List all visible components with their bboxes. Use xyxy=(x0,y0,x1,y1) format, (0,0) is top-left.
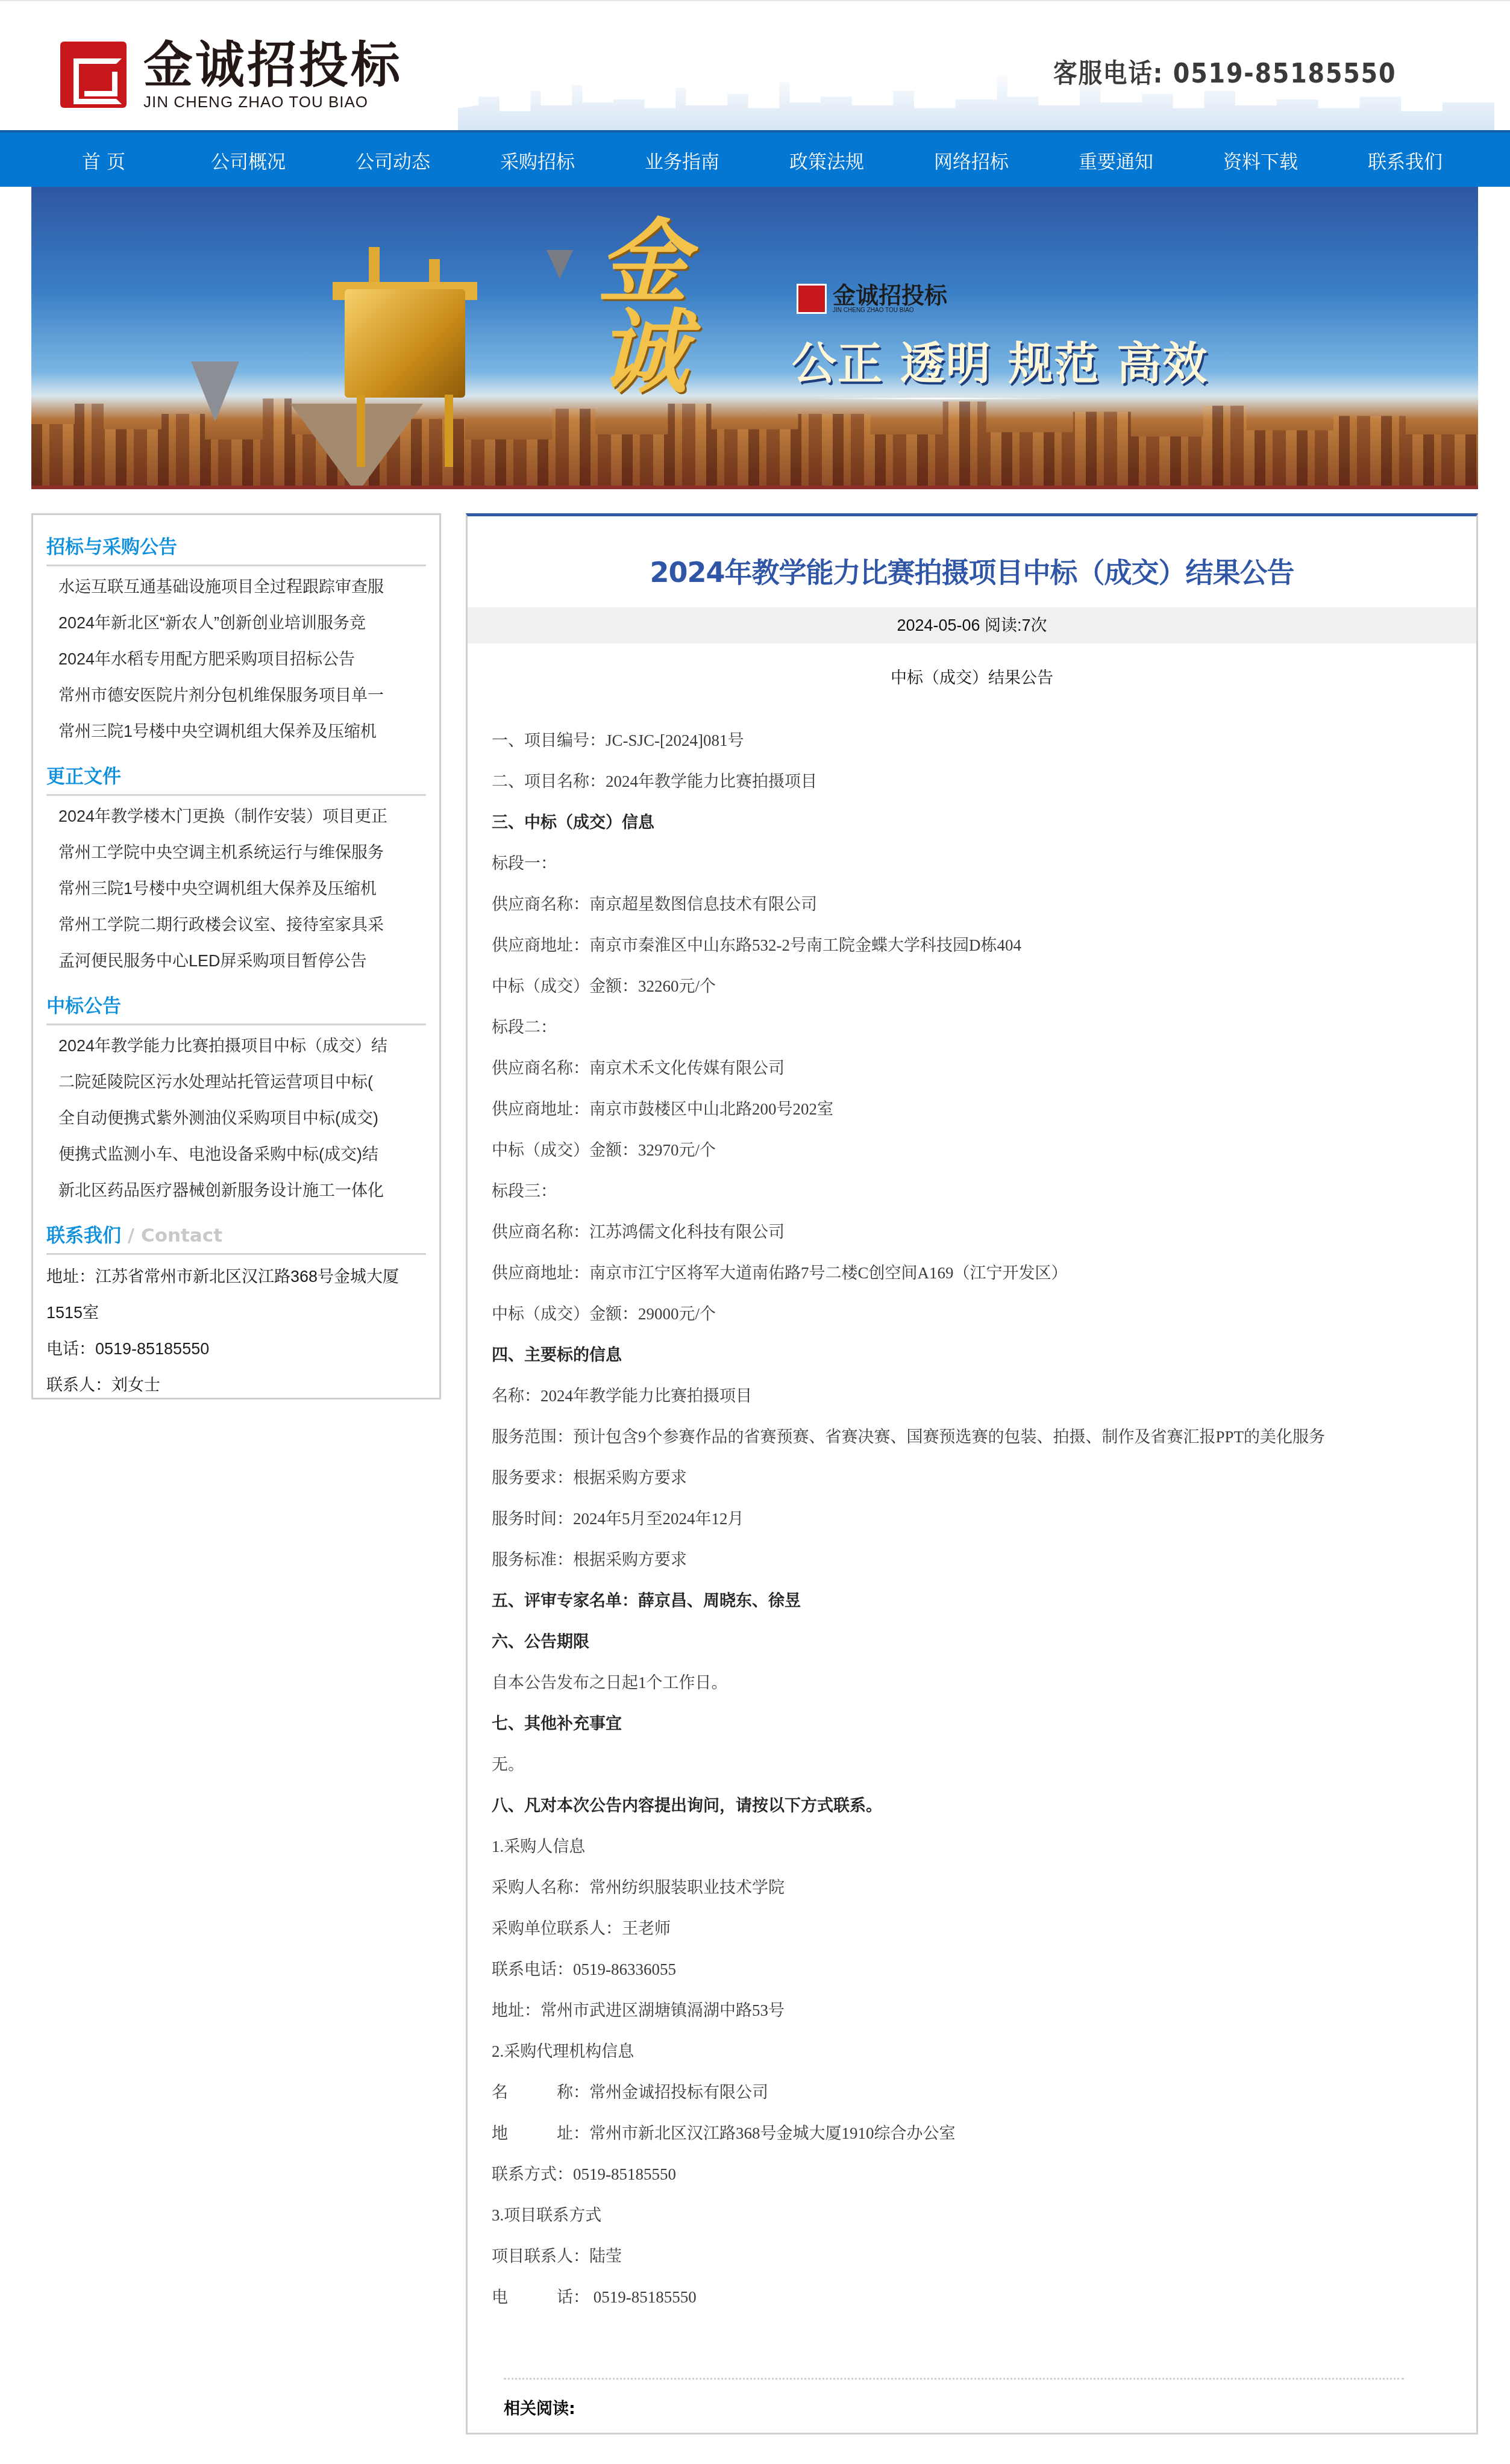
article-paragraph: 服务要求：根据采购方要求 xyxy=(492,1457,1476,1498)
article-paragraph: 无。 xyxy=(492,1744,1476,1785)
article-paragraph: 3.项目联系方式 xyxy=(492,2195,1476,2236)
logo-mark-icon xyxy=(60,42,127,108)
sidebar-link[interactable]: 孟河便民服务中心LED屏采购项目暂停公告 xyxy=(58,943,426,979)
sidebar-link[interactable]: 2024年新北区“新农人”创新创业培训服务竞 xyxy=(58,605,426,641)
sidebar-link[interactable]: 常州市德安医院片剂分包机维保服务项目单一 xyxy=(58,677,426,713)
article-title: 2024年教学能力比赛拍摄项目中标（成交）结果公告 xyxy=(468,554,1476,590)
article-paragraph: 供应商名称：南京超星数图信息技术有限公司 xyxy=(492,884,1476,925)
hotline-number: 0519-85185550 xyxy=(1173,58,1396,89)
article-paragraph: 七、其他补充事宜 xyxy=(492,1703,1476,1744)
article-paragraph: 八、凡对本次公告内容提出询问，请按以下方式联系。 xyxy=(492,1785,1476,1826)
nav-item-downloads[interactable]: 资料下载 xyxy=(1188,133,1333,187)
sidebar-link[interactable]: 常州三院1号楼中央空调机组大保养及压缩机 xyxy=(58,871,426,907)
article-paragraph: 标段三： xyxy=(492,1171,1476,1212)
article-paragraph: 采购人名称：常州纺织服装职业技术学院 xyxy=(492,1867,1476,1908)
article-paragraph: 中标（成交）金额：29000元/个 xyxy=(492,1293,1476,1334)
banner-logo-mark-icon xyxy=(797,284,827,314)
site-header: 金诚招投标 JIN CHENG ZHAO TOU BIAO 客服电话: 0519… xyxy=(0,0,1510,130)
article-paragraph: 六、公告期限 xyxy=(492,1621,1476,1662)
sidebar: 招标与采购公告 水运互联互通基础设施项目全过程跟踪审查服 2024年新北区“新农… xyxy=(31,513,441,1399)
article-paragraph: 供应商地址：南京市秦淮区中山东路532-2号南工院金蝶大学科技园D栋404 xyxy=(492,925,1476,966)
article-paragraph: 自本公告发布之日起1个工作日。 xyxy=(492,1662,1476,1703)
nav-item-business-guide[interactable]: 业务指南 xyxy=(610,133,754,187)
article-date: 2024-05-06 xyxy=(897,616,980,634)
article-paragraph: 1.采购人信息 xyxy=(492,1826,1476,1867)
article-paragraph: 采购单位联系人：王老师 xyxy=(492,1908,1476,1949)
city-skyline-image xyxy=(31,383,1478,486)
article-subtitle: 中标（成交）结果公告 xyxy=(468,666,1476,690)
article-paragraph: 五、评审专家名单：薛京昌、周晓东、徐昱 xyxy=(492,1580,1476,1621)
sidebar-section-award-announcements: 中标公告 2024年教学能力比赛拍摄项目中标（成交）结 二院延陵院区污水处理站托… xyxy=(46,992,426,1209)
article-paragraph: 名 称：常州金诚招投标有限公司 xyxy=(492,2072,1476,2113)
article-paragraph: 服务时间：2024年5月至2024年12月 xyxy=(492,1498,1476,1539)
article-paragraph: 中标（成交）金额：32260元/个 xyxy=(492,966,1476,1007)
nav-item-notices[interactable]: 重要通知 xyxy=(1044,133,1188,187)
golden-ding-image xyxy=(345,289,465,398)
article-paragraph: 标段二： xyxy=(492,1007,1476,1048)
article-paragraph: 一、项目编号：JC-SJC-[2024]081号 xyxy=(492,720,1476,761)
sidebar-section-title[interactable]: 更正文件 xyxy=(46,763,426,796)
article-paragraph: 供应商名称：南京术禾文化传媒有限公司 xyxy=(492,1048,1476,1089)
hero-banner: 金诚 金诚招投标 JIN CHENG ZHAO TOU BIAO 公正 透明 规… xyxy=(31,187,1478,489)
article-paragraph: 地址：常州市武进区湖塘镇滆湖中路53号 xyxy=(492,1990,1476,2031)
article-paragraph: 项目联系人：陆莹 xyxy=(492,2236,1476,2277)
slogan-underline xyxy=(809,398,1068,399)
sidebar-link[interactable]: 常州三院1号楼中央空调机组大保养及压缩机 xyxy=(58,713,426,749)
sidebar-link[interactable]: 水运互联互通基础设施项目全过程跟踪审查服 xyxy=(58,569,426,605)
nav-item-procurement[interactable]: 采购招标 xyxy=(465,133,610,187)
sidebar-section-title: 联系我们 / Contact xyxy=(46,1222,426,1255)
ding-legs-decoration xyxy=(357,395,453,467)
nav-item-contact[interactable]: 联系我们 xyxy=(1333,133,1477,187)
nav-item-online-bidding[interactable]: 网络招标 xyxy=(899,133,1044,187)
brush-calligraphy-text: 金诚 xyxy=(598,217,706,398)
sidebar-link[interactable]: 2024年水稻专用配方肥采购项目招标公告 xyxy=(58,641,426,677)
contact-address: 地址：江苏省常州市新北区汉江路368号金城大厦 xyxy=(46,1259,426,1295)
nav-item-policies[interactable]: 政策法规 xyxy=(754,133,899,187)
hotline-label: 客服电话: xyxy=(1053,58,1164,89)
article-paragraph: 供应商名称：江苏鸿儒文化科技有限公司 xyxy=(492,1212,1476,1252)
article-paragraph: 二、项目名称：2024年教学能力比赛拍摄项目 xyxy=(492,761,1476,802)
nav-item-company-news[interactable]: 公司动态 xyxy=(321,133,465,187)
main-nav: 首 页 公司概况 公司动态 采购招标 业务指南 政策法规 网络招标 重要通知 资… xyxy=(0,130,1510,187)
sidebar-link[interactable]: 2024年教学能力比赛拍摄项目中标（成交）结 xyxy=(58,1028,426,1064)
sidebar-section-title[interactable]: 招标与采购公告 xyxy=(46,533,426,566)
logo-cn-text: 金诚招投标 xyxy=(143,39,403,93)
article-paragraph: 联系方式：0519-85185550 xyxy=(492,2154,1476,2195)
article-paragraph: 标段一： xyxy=(492,843,1476,884)
article-paragraph: 四、主要标的信息 xyxy=(492,1334,1476,1375)
article-body: 一、项目编号：JC-SJC-[2024]081号二、项目名称：2024年教学能力… xyxy=(468,690,1476,2318)
sidebar-link[interactable]: 新北区药品医疗器械创新服务设计施工一体化 xyxy=(58,1172,426,1209)
article-meta: 2024-05-06 阅读:7次 xyxy=(468,607,1476,643)
article-paragraph: 三、中标（成交）信息 xyxy=(492,802,1476,843)
related-reading-label: 相关阅读: xyxy=(504,2395,1404,2419)
sidebar-section-contact: 联系我们 / Contact 地址：江苏省常州市新北区汉江路368号金城大厦 1… xyxy=(46,1222,426,1403)
sidebar-section-corrections: 更正文件 2024年教学楼木门更换（制作安装）项目更正 常州工学院中央空调主机系… xyxy=(46,763,426,979)
sidebar-link[interactable]: 便携式监测小车、电池设备采购中标(成交)结 xyxy=(58,1136,426,1172)
article-paragraph: 电 话： 0519-85185550 xyxy=(492,2277,1476,2318)
contact-phone: 电话：0519-85185550 xyxy=(46,1331,426,1367)
contact-address-cont: 1515室 xyxy=(46,1295,426,1331)
sidebar-link[interactable]: 二院延陵院区污水处理站托管运营项目中标( xyxy=(58,1064,426,1100)
article-paragraph: 联系电话：0519-86336055 xyxy=(492,1949,1476,1990)
banner-logo: 金诚招投标 JIN CHENG ZHAO TOU BIAO xyxy=(797,283,947,314)
sidebar-link[interactable]: 2024年教学楼木门更换（制作安装）项目更正 xyxy=(58,798,426,834)
related-reading: 相关阅读: xyxy=(504,2378,1404,2419)
sidebar-section-tender-announcements: 招标与采购公告 水运互联互通基础设施项目全过程跟踪审查服 2024年新北区“新农… xyxy=(46,533,426,749)
nav-item-home[interactable]: 首 页 xyxy=(31,133,176,187)
article-paragraph: 服务范围：预计包含9个参赛作品的省赛预赛、省赛决赛、国赛预选赛的包装、拍摄、制作… xyxy=(492,1416,1476,1457)
article-panel: 2024年教学能力比赛拍摄项目中标（成交）结果公告 2024-05-06 阅读:… xyxy=(466,513,1478,2434)
pyramid-decoration xyxy=(191,361,239,422)
sidebar-link[interactable]: 常州工学院中央空调主机系统运行与维保服务 xyxy=(58,834,426,871)
article-paragraph: 地 址：常州市新北区汉江路368号金城大厦1910综合办公室 xyxy=(492,2113,1476,2154)
article-paragraph: 供应商地址：南京市鼓楼区中山北路200号202室 xyxy=(492,1089,1476,1130)
article-views: 阅读:7次 xyxy=(985,616,1047,634)
contact-person: 联系人：刘女士 xyxy=(46,1367,426,1403)
article-paragraph: 中标（成交）金额：32970元/个 xyxy=(492,1130,1476,1171)
article-paragraph: 供应商地址：南京市江宁区将军大道南佑路7号二楼C创空间A169（江宁开发区） xyxy=(492,1252,1476,1293)
banner-logo-cn: 金诚招投标 xyxy=(833,283,947,307)
hotline: 客服电话: 0519-85185550 xyxy=(1053,52,1396,90)
banner-slogan: 公正 透明 规范 高效 xyxy=(792,328,1208,392)
article-paragraph: 名称：2024年教学能力比赛拍摄项目 xyxy=(492,1375,1476,1416)
contact-title-cn: 联系我们 xyxy=(46,1225,121,1246)
related-divider xyxy=(504,2378,1404,2380)
sidebar-section-title[interactable]: 中标公告 xyxy=(46,992,426,1025)
logo-en-text: JIN CHENG ZHAO TOU BIAO xyxy=(143,93,403,111)
nav-item-company-overview[interactable]: 公司概况 xyxy=(176,133,321,187)
article-paragraph: 2.采购代理机构信息 xyxy=(492,2031,1476,2072)
site-logo[interactable]: 金诚招投标 JIN CHENG ZHAO TOU BIAO xyxy=(60,39,403,111)
pyramid-decoration xyxy=(547,250,573,279)
sidebar-link[interactable]: 常州工学院二期行政楼会议室、接待室家具采 xyxy=(58,907,426,943)
article-paragraph: 服务标准：根据采购方要求 xyxy=(492,1539,1476,1580)
contact-title-en: / Contact xyxy=(121,1225,222,1246)
sidebar-link[interactable]: 全自动便携式紫外测油仪采购项目中标(成交) xyxy=(58,1100,426,1136)
